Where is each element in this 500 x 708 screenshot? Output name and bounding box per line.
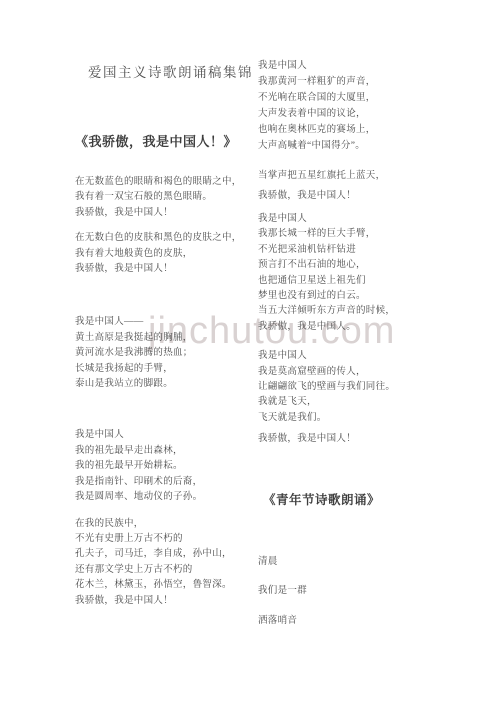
poem-line: 我那黄河一样粗犷的声音，: [258, 74, 463, 90]
poem-line: 我骄傲，我是中国人。: [258, 320, 463, 335]
poem-line: 清晨: [258, 548, 463, 578]
document-title: 爱国主义诗歌朗诵稿集锦: [88, 61, 253, 81]
poem-line: 我那长城一样的巨大手臂，: [258, 227, 463, 242]
poem-line: 也响在奥林匹克的赛场上，: [258, 122, 463, 138]
poem-line: 我是中国人: [258, 58, 463, 74]
poem1-stanza-6: 我是中国人我那黄河一样粗犷的声音，不光响在联合国的大厦里，大声发表着中国的议论，…: [258, 58, 463, 154]
poem-line: 不光响在联合国的大厦里，: [258, 90, 463, 106]
poem-line: 我的祖先最早走出森林，: [75, 444, 257, 459]
poem-line: 黄河流水是我沸腾的热血；: [75, 346, 257, 361]
poem1-stanza-4: 我是中国人我的祖先最早走出森林，我的祖先最早开始耕耘。我是指南针、印刷术的后裔，…: [75, 428, 257, 505]
poem1-stanza-7: 当掌声把五星红旗托上蓝天，我骄傲，我是中国人！: [258, 166, 463, 206]
poem-line: 我有着一双宝石般的黑色眼睛。: [75, 190, 257, 205]
poem-line: 我是中国人——: [75, 315, 257, 330]
poem-line: 当五大洋倾听东方声音的时候，: [258, 304, 463, 319]
poem1-stanza-5: 在我的民族中，不光有史册上万古不朽的孔夫子，司马迁，李自成，孙中山，还有那文学史…: [75, 517, 257, 609]
poem-line: 我骄傲，我是中国人！: [75, 594, 257, 609]
poem-line: 在无数白色的皮肤和黑色的皮肤之中，: [75, 231, 257, 246]
poem-line: 我是莫高窟壁画的传人，: [258, 365, 463, 380]
poem1-stanza-3: 我是中国人——黄土高原是我挺起的胸脯，黄河流水是我沸腾的热血；长城是我扬起的手臂…: [75, 315, 257, 392]
poem-line: 我是中国人: [258, 212, 463, 227]
poem-line: 还有那文学史上万古不朽的: [75, 563, 257, 578]
poem-line: 我是圆周率、地动仪的子孙。: [75, 490, 257, 505]
poem-line: 我骄傲，我是中国人！: [75, 262, 257, 277]
poem-line: 我骄傲，我是中国人！: [75, 206, 257, 221]
poem-line: 我骄傲，我是中国人！: [258, 186, 463, 206]
poem-line: 长城是我扬起的手臂，: [75, 362, 257, 377]
poem-line: 在无数蓝色的眼睛和褐色的眼睛之中，: [75, 175, 257, 190]
poem1-stanza-9: 我是中国人我是莫高窟壁画的传人，让翩翩欲飞的壁画与我们同往。我就是飞天，飞天就是…: [258, 349, 463, 426]
poem-line: 花木兰，林黛玉，孙悟空，鲁智深。: [75, 578, 257, 593]
poem1-stanza-1: 在无数蓝色的眼睛和褐色的眼睛之中，我有着一双宝石般的黑色眼睛。我骄傲，我是中国人…: [75, 175, 257, 221]
poem-line: 我就是飞天，: [258, 395, 463, 410]
poem-line: 我是指南针、印刷术的后裔，: [75, 475, 257, 490]
poem-line: 我有着大地般黄色的皮肤，: [75, 247, 257, 262]
poem-line: 我是中国人: [75, 428, 257, 443]
poem-line: 不光有史册上万古不朽的: [75, 532, 257, 547]
poem-line: 飞天就是我们。: [258, 411, 463, 426]
poem1-stanza-10: 我骄傲，我是中国人！: [258, 432, 463, 447]
poem-line: 我是中国人: [258, 349, 463, 364]
poem-line: 不光把采油机钻杆钻进: [258, 243, 463, 258]
poem1-heading: 《我骄傲，我是中国人！》: [75, 131, 257, 150]
poem-line: 泰山是我站立的脚跟。: [75, 377, 257, 392]
poem-line: 黄土高原是我挺起的胸脯，: [75, 331, 257, 346]
poem1-stanza-2: 在无数白色的皮肤和黑色的皮肤之中，我有着大地般黄色的皮肤，我骄傲，我是中国人！: [75, 231, 257, 277]
poem-line: 预言打不出石油的地心，: [258, 258, 463, 273]
poem-line: 让翩翩欲飞的壁画与我们同往。: [258, 380, 463, 395]
poem1-stanza-8: 我是中国人我那长城一样的巨大手臂，不光把采油机钻杆钻进预言打不出石油的地心，也把…: [258, 212, 463, 335]
left-column: 《我骄傲，我是中国人！》 在无数蓝色的眼睛和褐色的眼睛之中，我有着一双宝石般的黑…: [75, 131, 257, 609]
poem2-lines: 清晨我们是一群洒落哨音: [258, 548, 463, 637]
poem-line: 梦里也没有到过的白云。: [258, 289, 463, 304]
poem-line: 大声高喊着“中国得分”。: [258, 138, 463, 154]
poem-line: 我们是一群: [258, 577, 463, 607]
poem2-heading: 《青年节诗歌朗诵》: [263, 490, 463, 508]
poem-line: 我的祖先最早开始耕耘。: [75, 459, 257, 474]
right-column: 我是中国人我那黄河一样粗犷的声音，不光响在联合国的大厦里，大声发表着中国的议论，…: [258, 58, 463, 636]
poem-line: 当掌声把五星红旗托上蓝天，: [258, 166, 463, 186]
poem-line: 也把通信卫星送上祖先们: [258, 274, 463, 289]
poem-line: 孔夫子，司马迁，李自成，孙中山，: [75, 547, 257, 562]
poem-line: 在我的民族中，: [75, 517, 257, 532]
poem-line: 我骄傲，我是中国人！: [258, 432, 463, 447]
document-page: jinchutou.com 爱国主义诗歌朗诵稿集锦 《我骄傲，我是中国人！》 在…: [0, 0, 500, 708]
poem-line: 洒落哨音: [258, 607, 463, 637]
poem-line: 大声发表着中国的议论，: [258, 106, 463, 122]
